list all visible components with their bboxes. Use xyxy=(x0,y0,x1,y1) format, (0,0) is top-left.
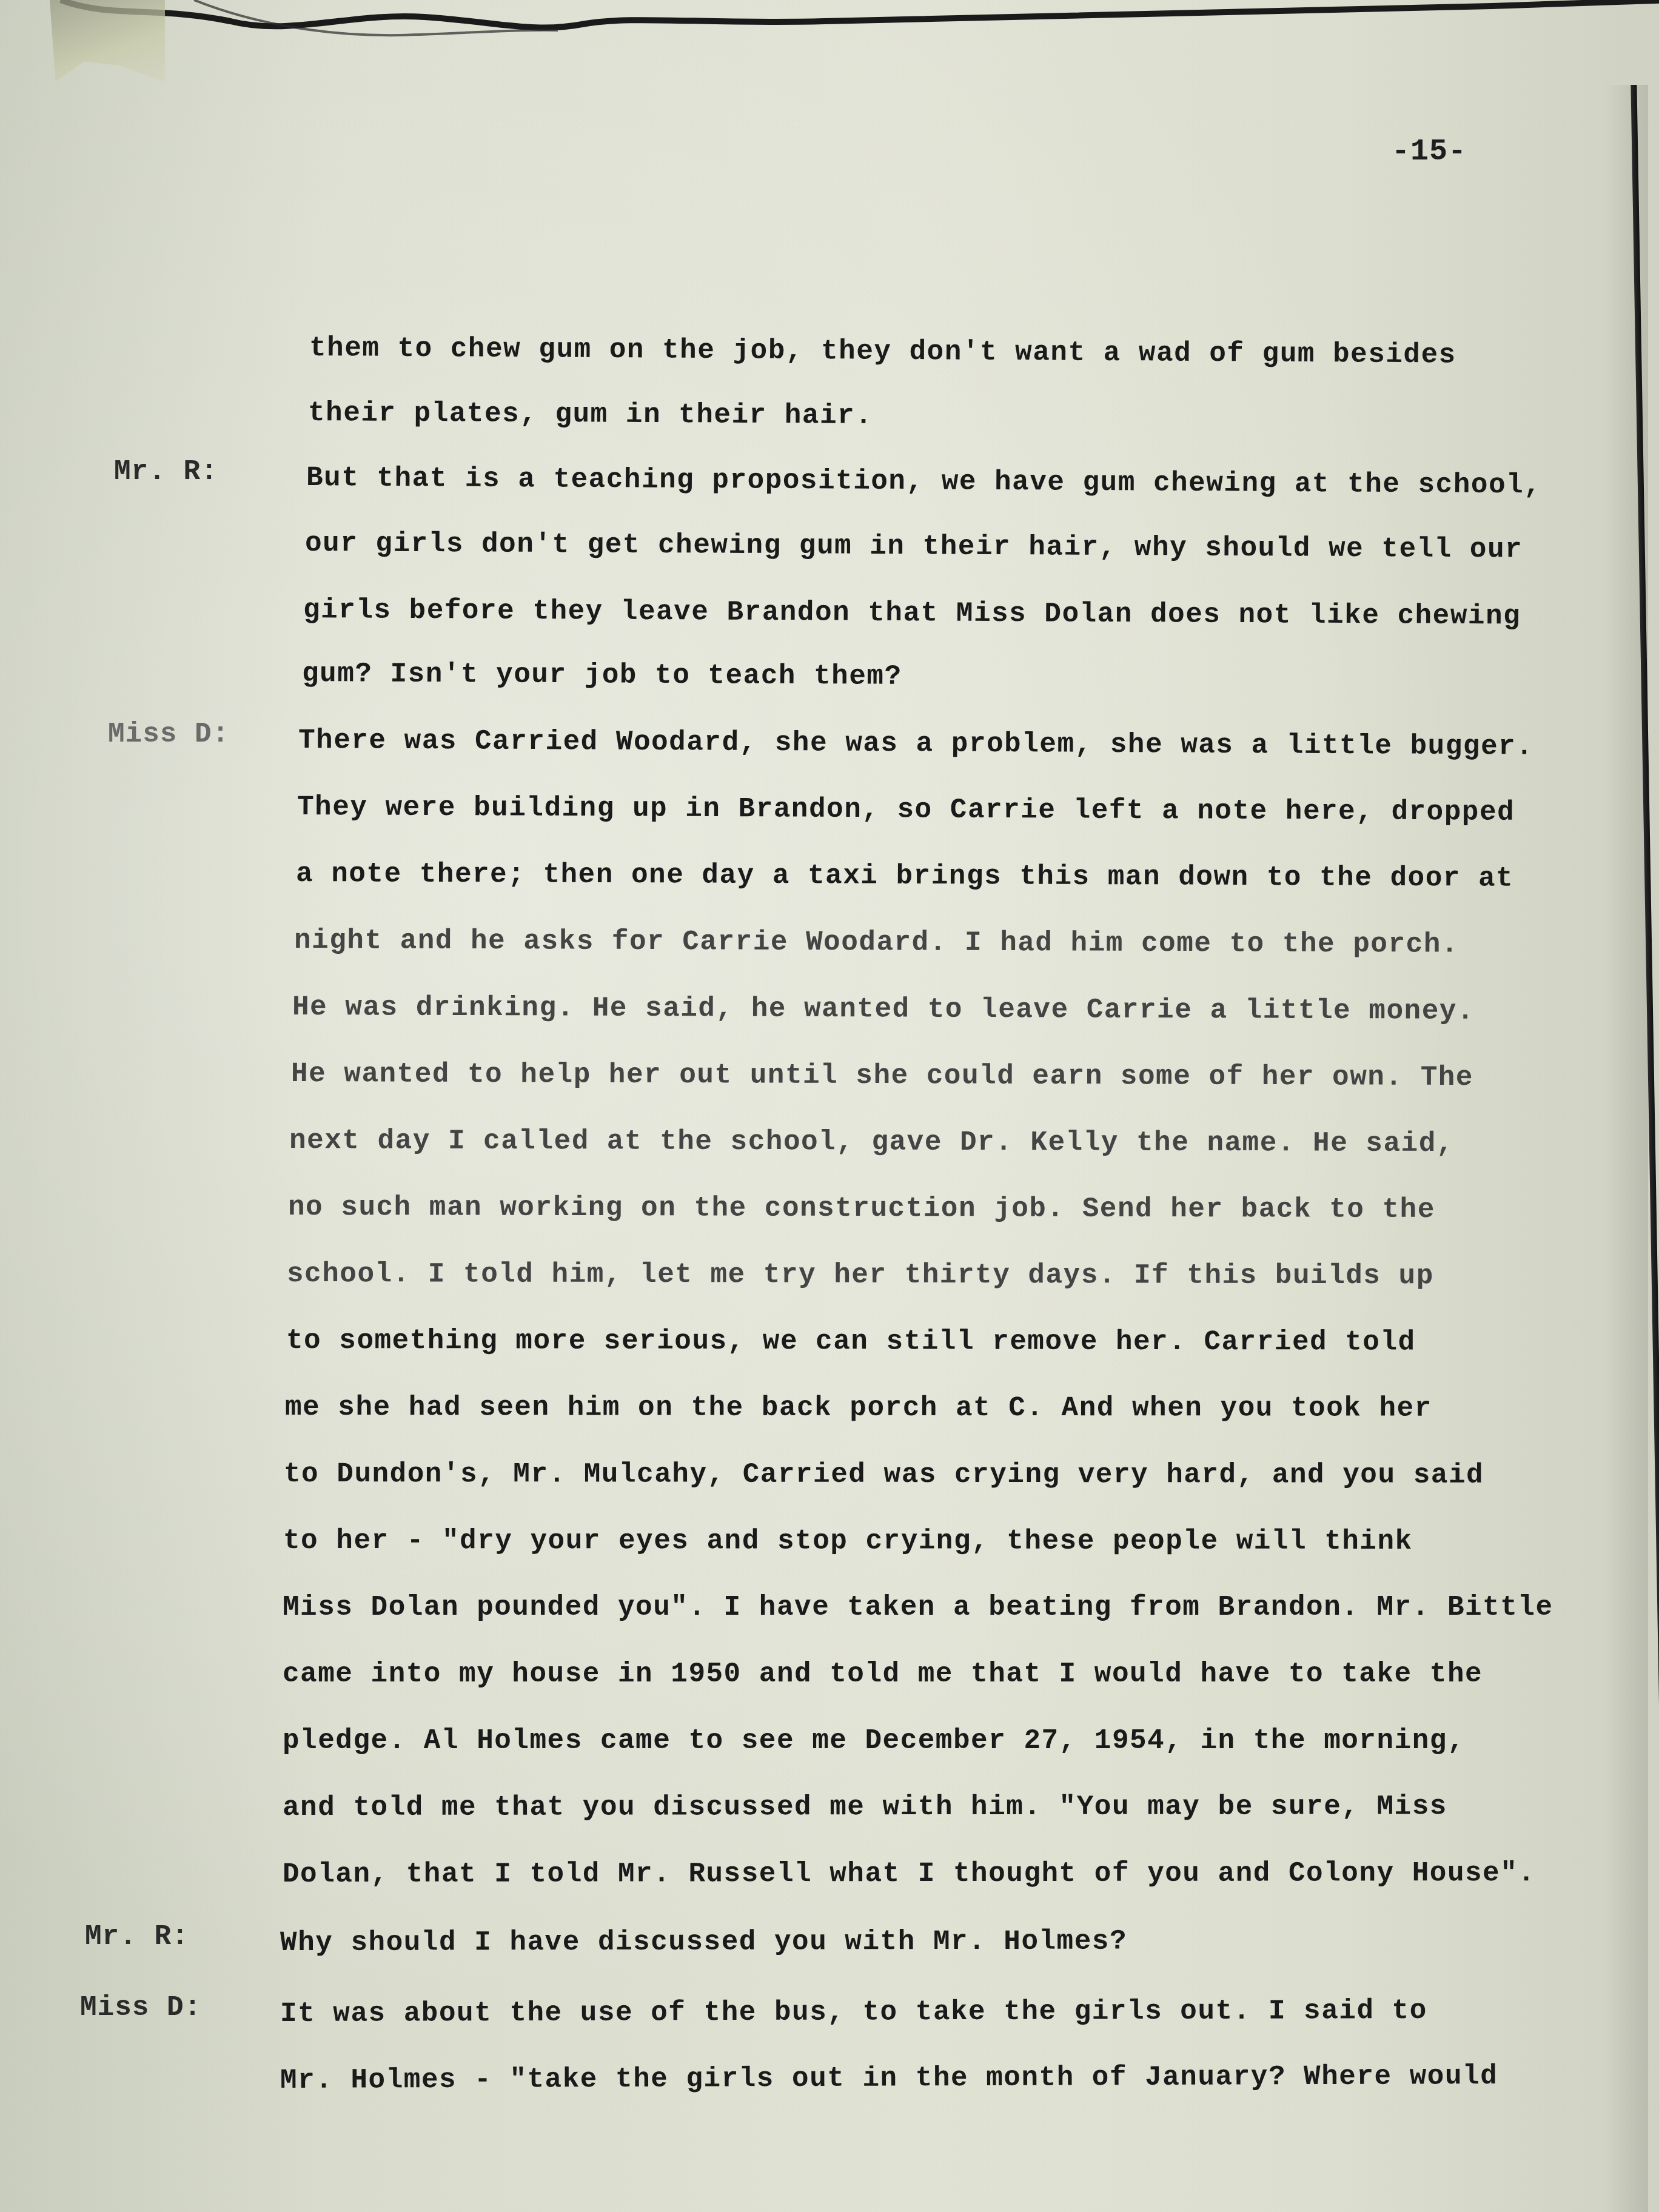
transcript-line: But that is a teaching proposition, we h… xyxy=(306,462,1542,501)
transcript-line: Why should I have discussed you with Mr.… xyxy=(280,1926,1127,1959)
transcript-line: gum? Isn't your job to teach them? xyxy=(302,658,902,692)
transcript-line: next day I called at the school, gave Dr… xyxy=(289,1125,1454,1159)
transcript-line: came into my house in 1950 and told me t… xyxy=(283,1658,1483,1690)
transcript-line: and told me that you discussed me with h… xyxy=(283,1791,1447,1823)
transcript-line: their plates, gum in their hair. xyxy=(308,397,873,432)
transcript-line: It was about the use of the bus, to take… xyxy=(280,1995,1427,2029)
transcript-line: them to chew gum on the job, they don't … xyxy=(309,332,1456,371)
transcript-line: me she had seen him on the back porch at… xyxy=(285,1392,1432,1424)
transcript-line: Miss Dolan pounded you". I have taken a … xyxy=(283,1592,1553,1623)
transcript-line: There was Carried Woodard, she was a pro… xyxy=(298,725,1534,763)
transcript-line: He wanted to help her out until she coul… xyxy=(291,1058,1473,1093)
transcript-line: our girls don't get chewing gum in their… xyxy=(305,528,1523,566)
speaker-label: Miss D: xyxy=(80,1992,201,2023)
transcript-line: to Dundon's, Mr. Mulcahy, Carried was cr… xyxy=(284,1458,1484,1491)
transcript-line: a note there; then one day a taxi brings… xyxy=(296,858,1513,894)
speaker-label: Mr. R: xyxy=(114,456,218,488)
transcript-line: to something more serious, we can still … xyxy=(286,1325,1416,1358)
transcript: them to chew gum on the job, they don't … xyxy=(0,0,1659,2212)
transcript-line: Dolan, that I told Mr. Russell what I th… xyxy=(283,1857,1535,1890)
speaker-label: Miss D: xyxy=(108,719,229,750)
speaker-label: Mr. R: xyxy=(85,1921,189,1952)
transcript-line: girls before they leave Brandon that Mis… xyxy=(303,594,1521,632)
transcript-line: to her - "dry your eyes and stop crying,… xyxy=(283,1525,1413,1557)
transcript-line: They were building up in Brandon, so Car… xyxy=(297,791,1515,828)
transcript-line: night and he asks for Carrie Woodard. I … xyxy=(294,925,1459,960)
document-page: -15- them to chew gum on the job, they d… xyxy=(0,0,1659,2212)
transcript-line: no such man working on the construction … xyxy=(288,1191,1435,1225)
transcript-line: Mr. Holmes - "take the girls out in the … xyxy=(280,2060,1498,2096)
transcript-line: pledge. Al Holmes came to see me Decembe… xyxy=(283,1725,1465,1757)
transcript-line: school. I told him, let me try her thirt… xyxy=(287,1258,1434,1292)
transcript-line: He was drinking. He said, he wanted to l… xyxy=(292,991,1475,1027)
